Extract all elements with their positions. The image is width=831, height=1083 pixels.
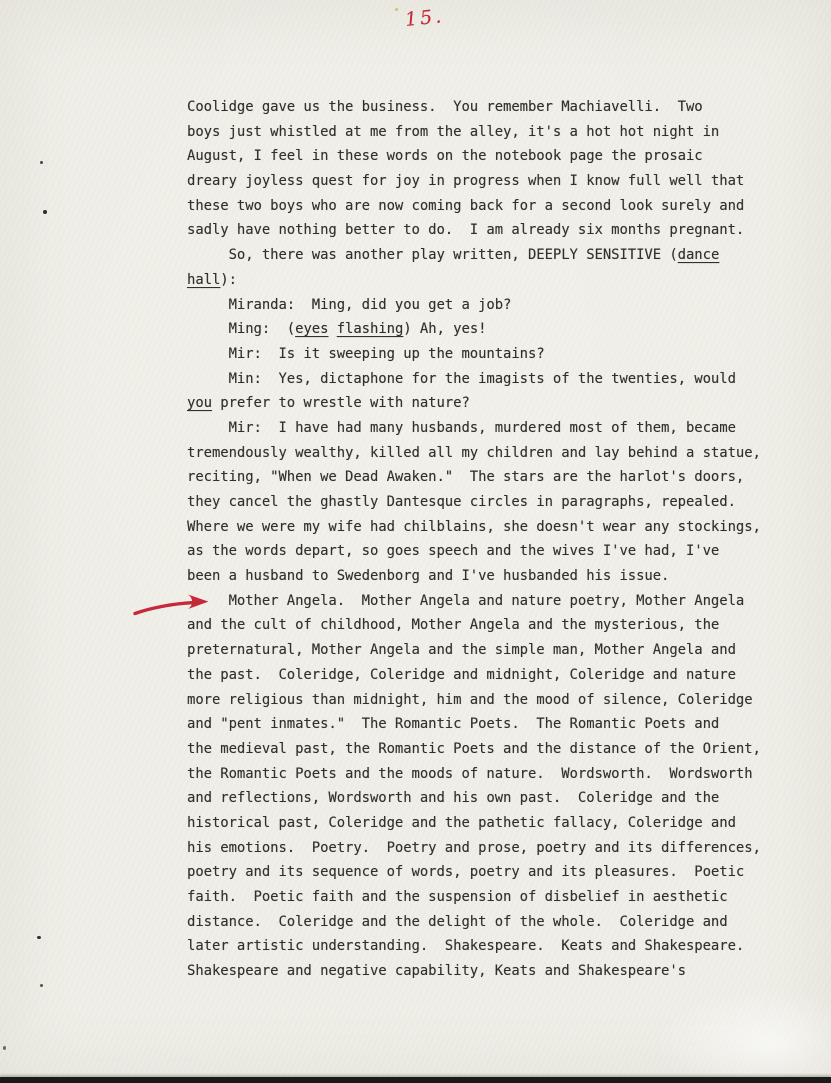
- typewritten-line: poetry and its sequence of words, poetry…: [187, 860, 761, 885]
- scan-speck: [3, 1046, 6, 1050]
- scanned-page: 15. Coolidge gave us the business. You r…: [0, 0, 831, 1083]
- typewritten-line: Min: Yes, dictaphone for the imagists of…: [187, 367, 761, 392]
- typewritten-line: distance. Coleridge and the delight of t…: [187, 910, 761, 935]
- handwritten-page-number: 15.: [404, 5, 445, 31]
- typewritten-line: been a husband to Swedenborg and I've hu…: [187, 564, 761, 589]
- typewritten-line: historical past, Coleridge and the pathe…: [187, 811, 761, 836]
- scan-speck: [40, 984, 43, 987]
- typewritten-line: Mir: Is it sweeping up the mountains?: [187, 342, 761, 367]
- typewritten-line: and reflections, Wordsworth and his own …: [187, 786, 761, 811]
- typewritten-line: later artistic understanding. Shakespear…: [187, 934, 761, 959]
- typewritten-line: and "pent inmates." The Romantic Poets. …: [187, 712, 761, 737]
- scan-speck: [37, 936, 41, 939]
- typewritten-line: Mir: I have had many husbands, murdered …: [187, 416, 761, 441]
- typewritten-line: Where we were my wife had chilblains, sh…: [187, 515, 761, 540]
- typewritten-line: hall):: [187, 268, 761, 293]
- typewritten-line: sadly have nothing better to do. I am al…: [187, 218, 761, 243]
- typewritten-line: and the cult of childhood, Mother Angela…: [187, 613, 761, 638]
- typewritten-line: more religious than midnight, him and th…: [187, 688, 761, 713]
- scan-speck: [395, 8, 398, 11]
- typewritten-line: Shakespeare and negative capability, Kea…: [187, 959, 761, 984]
- typewritten-line: you prefer to wrestle with nature?: [187, 391, 761, 416]
- typewritten-line: dreary joyless quest for joy in progress…: [187, 169, 761, 194]
- typewritten-line: the past. Coleridge, Coleridge and midni…: [187, 663, 761, 688]
- typewritten-line: August, I feel in these words on the not…: [187, 144, 761, 169]
- scan-speck: [40, 161, 43, 164]
- typewritten-line: his emotions. Poetry. Poetry and prose, …: [187, 836, 761, 861]
- typewritten-line: Miranda: Ming, did you get a job?: [187, 293, 761, 318]
- typewritten-line: boys just whistled at me from the alley,…: [187, 120, 761, 145]
- typewritten-line: Ming: (eyes flashing) Ah, yes!: [187, 317, 761, 342]
- typewritten-line: the Romantic Poets and the moods of natu…: [187, 762, 761, 787]
- typewritten-line: these two boys who are now coming back f…: [187, 194, 761, 219]
- typewritten-line: they cancel the ghastly Dantesque circle…: [187, 490, 761, 515]
- typewritten-line: faith. Poetic faith and the suspension o…: [187, 885, 761, 910]
- scan-edge-bar: [0, 1077, 831, 1083]
- typewritten-line: the medieval past, the Romantic Poets an…: [187, 737, 761, 762]
- typewritten-line: So, there was another play written, DEEP…: [187, 243, 761, 268]
- typewritten-line: preternatural, Mother Angela and the sim…: [187, 638, 761, 663]
- text-block: Coolidge gave us the business. You remem…: [187, 95, 761, 984]
- typewritten-line: tremendously wealthy, killed all my chil…: [187, 441, 761, 466]
- scan-speck: [43, 210, 47, 214]
- typewritten-line: reciting, "When we Dead Awaken." The sta…: [187, 465, 761, 490]
- typewritten-line: as the words depart, so goes speech and …: [187, 539, 761, 564]
- typewritten-line: Coolidge gave us the business. You remem…: [187, 95, 761, 120]
- typewritten-line: Mother Angela. Mother Angela and nature …: [187, 589, 761, 614]
